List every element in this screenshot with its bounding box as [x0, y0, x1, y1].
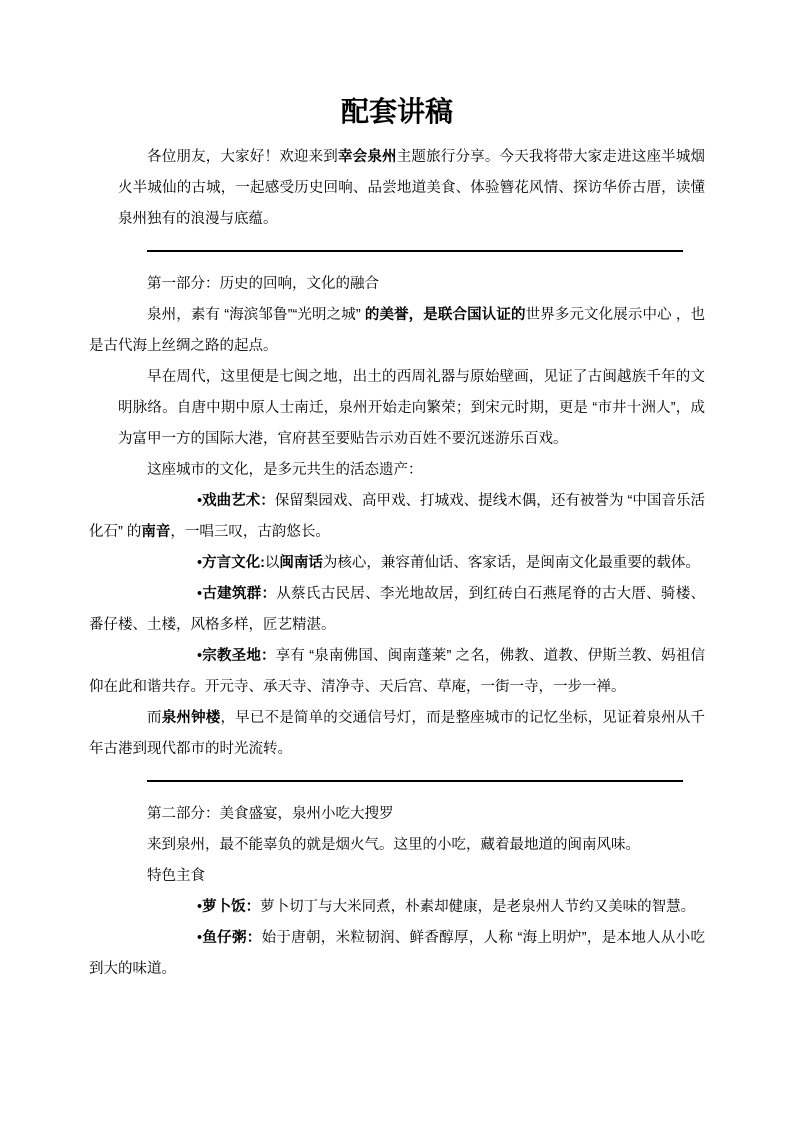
bold-text-segment: 鱼仔粥： — [202, 930, 262, 946]
bold-text-segment: 宗教圣地： — [202, 648, 276, 664]
text-segment: 早在周代，这里便是七闽之地，出土的西周礼器与原始壁画，见证了古闽越族千年的文明脉… — [118, 369, 705, 447]
text-segment: 而 — [147, 710, 162, 726]
section-divider-middle — [147, 780, 683, 782]
text-segment: 各位朋友，大家好！欢迎来到 — [147, 149, 338, 165]
section1-history-paragraph: 早在周代，这里便是七闽之地，出土的西周礼器与原始壁画，见证了古闽越族千年的文明脉… — [118, 362, 705, 455]
text-segment: 为核心，兼容莆仙话、客家话，是闽南文化最重要的载体。 — [323, 555, 700, 571]
bold-text-segment: 古建筑群： — [202, 586, 276, 602]
text-segment: 第一部分：历史的回响，文化的融合 — [147, 276, 379, 292]
bold-text-segment: 泉州钟楼 — [162, 710, 221, 726]
intro-paragraph: 各位朋友，大家好！欢迎来到幸会泉州主题旅行分享。今天我将带大家走进这座半城烟火半… — [118, 142, 705, 235]
text-segment: 这座城市的文化，是多元共生的活态遗产： — [147, 462, 423, 478]
section-divider-top — [147, 250, 683, 252]
bold-text-segment: 的美誉，是联合国认证的 — [365, 307, 526, 323]
text-segment: 享有 “泉南佛国、闽南蓬莱” 之名，佛教、道教、伊斯兰教、妈祖信仰在此和谐共存。… — [89, 648, 705, 695]
document-title: 配套讲稿 — [89, 94, 705, 130]
text-segment: 泉州，素有 “海滨邹鲁”“光明之城” — [147, 307, 365, 323]
bullet-ancient-architecture: •古建筑群：从蔡氏古民居、李光地故居，到红砖白石燕尾脊的古大厝、骑楼、番仔楼、土… — [89, 579, 705, 641]
text-segment: ，一唱三叹，古韵悠长。 — [170, 524, 330, 540]
bold-text-segment: 幸会泉州 — [338, 149, 397, 165]
text-segment: 始于唐朝，米粒韧润、鲜香醇厚，人称 “海上明炉”，是本地人从小吃到大的味道。 — [89, 930, 705, 977]
bullet-dialect-culture: •方言文化:以闽南话为核心，兼容莆仙话、客家话，是闽南文化最重要的载体。 — [89, 548, 705, 579]
text-segment: 从蔡氏古民居、李光地故居，到红砖白石燕尾脊的古大厝、骑楼、番仔楼、土楼，风格多样… — [89, 586, 705, 633]
bold-text-segment: 戏曲艺术： — [202, 493, 275, 509]
section2-intro-paragraph: 来到泉州，最不能辜负的就是烟火气。这里的小吃，藏着最地道的闽南风味。 — [89, 830, 705, 861]
text-segment: 以 — [265, 555, 280, 571]
bold-text-segment: 闽南话 — [279, 555, 323, 571]
text-segment: 第二部分：美食盛宴，泉州小吃大搜罗 — [147, 806, 394, 822]
section1-culture-lead: 这座城市的文化，是多元共生的活态遗产： — [89, 455, 705, 486]
text-segment: 特色主食 — [147, 868, 205, 884]
section1-overview-paragraph: 泉州，素有 “海滨邹鲁”“光明之城” 的美誉，是联合国认证的世界多元文化展示中心… — [89, 300, 705, 362]
bullet-radish-rice: •萝卜饭：萝卜切丁与大米同煮，朴素却健康，是老泉州人节约又美味的智慧。 — [89, 892, 705, 923]
bold-text-segment: 南音 — [141, 524, 170, 540]
bullet-fish-porridge: •鱼仔粥：始于唐朝，米粒韧润、鲜香醇厚，人称 “海上明炉”，是本地人从小吃到大的… — [89, 923, 705, 985]
bold-text-segment: 方言文化: — [202, 555, 265, 571]
staple-food-heading: 特色主食 — [89, 861, 705, 892]
bullet-opera-art: •戏曲艺术：保留梨园戏、高甲戏、打城戏、提线木偶，还有被誉为 “中国音乐活化石”… — [89, 486, 705, 548]
bullet-religious-sites: •宗教圣地：享有 “泉南佛国、闽南蓬莱” 之名，佛教、道教、伊斯兰教、妈祖信仰在… — [89, 641, 705, 703]
document-page: 配套讲稿 各位朋友，大家好！欢迎来到幸会泉州主题旅行分享。今天我将带大家走进这座… — [0, 0, 794, 1123]
bold-text-segment: 萝卜饭： — [202, 899, 260, 915]
section1-clocktower-paragraph: 而泉州钟楼，早已不是简单的交通信号灯，而是整座城市的记忆坐标，见证着泉州从千年古… — [89, 703, 705, 765]
section1-heading: 第一部分：历史的回响，文化的融合 — [89, 269, 705, 300]
text-segment: 萝卜切丁与大米同煮，朴素却健康，是老泉州人节约又美味的智慧。 — [260, 899, 695, 915]
section2-heading: 第二部分：美食盛宴，泉州小吃大搜罗 — [89, 799, 705, 830]
text-segment: 来到泉州，最不能辜负的就是烟火气。这里的小吃，藏着最地道的闽南风味。 — [147, 837, 640, 853]
